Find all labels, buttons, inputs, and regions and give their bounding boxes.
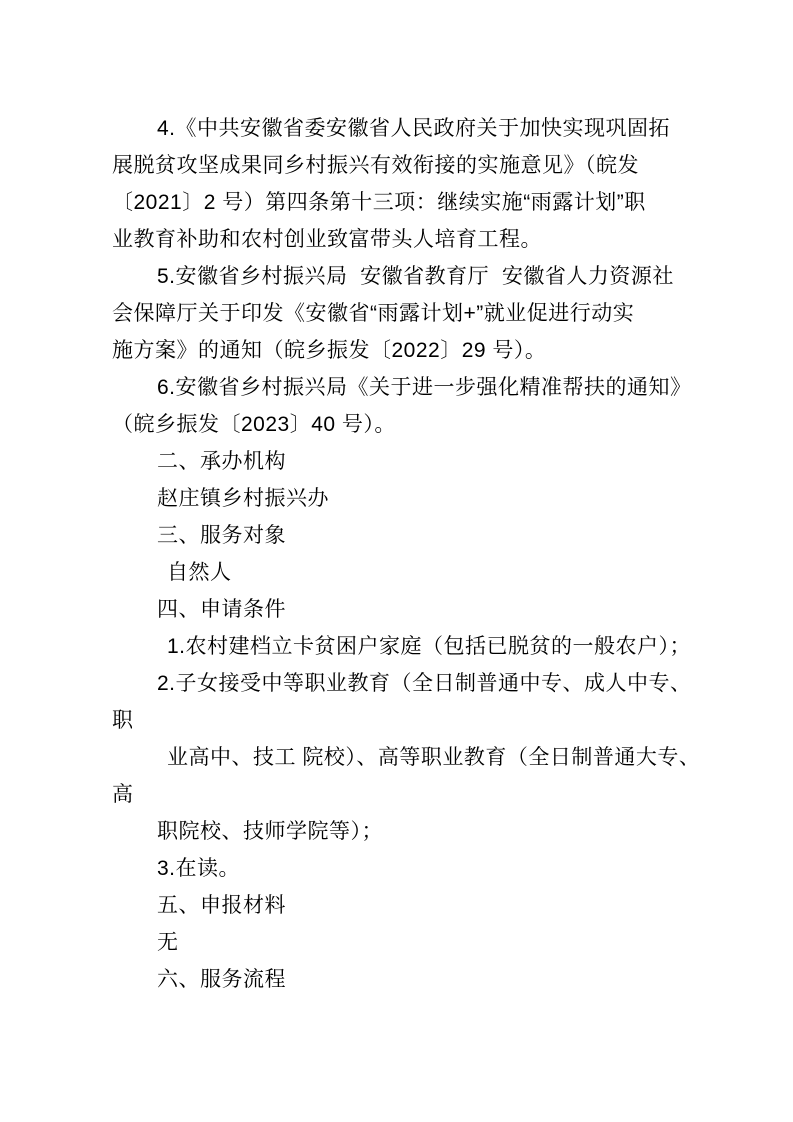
- text-line: 4.《中共安徽省委安徽省人民政府关于加快实现巩固拓: [112, 110, 693, 147]
- text-line: 5.安徽省乡村振兴局 安徽省教育厅 安徽省人力资源社: [112, 258, 693, 295]
- text-line: 六、服务流程: [112, 961, 693, 998]
- text-line: （皖乡振发〔2023〕40 号）。: [112, 406, 693, 443]
- text-line: 高: [112, 776, 693, 813]
- text-line: 展脱贫攻坚成果同乡村振兴有效衔接的实施意见》（皖发: [112, 147, 693, 184]
- document-page: 4.《中共安徽省委安徽省人民政府关于加快实现巩固拓展脱贫攻坚成果同乡村振兴有效衔…: [0, 0, 793, 1122]
- text-line: 业高中、技工 院校）、高等职业教育（全日制普通大专、: [112, 739, 693, 776]
- text-line: 赵庄镇乡村振兴办: [112, 480, 693, 517]
- document-body: 4.《中共安徽省委安徽省人民政府关于加快实现巩固拓展脱贫攻坚成果同乡村振兴有效衔…: [112, 110, 693, 998]
- text-line: 三、服务对象: [112, 517, 693, 554]
- text-line: 职院校、技师学院等）；: [112, 813, 693, 850]
- text-line: 业教育补助和农村创业致富带头人培育工程。: [112, 221, 693, 258]
- text-line: 五、申报材料: [112, 887, 693, 924]
- text-line: 6.安徽省乡村振兴局《关于进一步强化精准帮扶的通知》: [112, 369, 693, 406]
- text-line: 无: [112, 924, 693, 961]
- text-line: 四、申请条件: [112, 591, 693, 628]
- text-line: 〔2021〕2 号）第四条第十三项：继续实施“雨露计划”职: [112, 184, 693, 221]
- text-line: 2.子女接受中等职业教育（全日制普通中专、成人中专、: [112, 665, 693, 702]
- text-line: 会保障厅关于印发《安徽省“雨露计划+”就业促进行动实: [112, 295, 693, 332]
- text-line: 1.农村建档立卡贫困户家庭（包括已脱贫的一般农户）；: [112, 628, 693, 665]
- text-line: 施方案》的通知（皖乡振发〔2022〕29 号）。: [112, 332, 693, 369]
- text-line: 职: [112, 702, 693, 739]
- text-line: 3.在读。: [112, 850, 693, 887]
- text-line: 自然人: [112, 554, 693, 591]
- text-line: 二、承办机构: [112, 443, 693, 480]
